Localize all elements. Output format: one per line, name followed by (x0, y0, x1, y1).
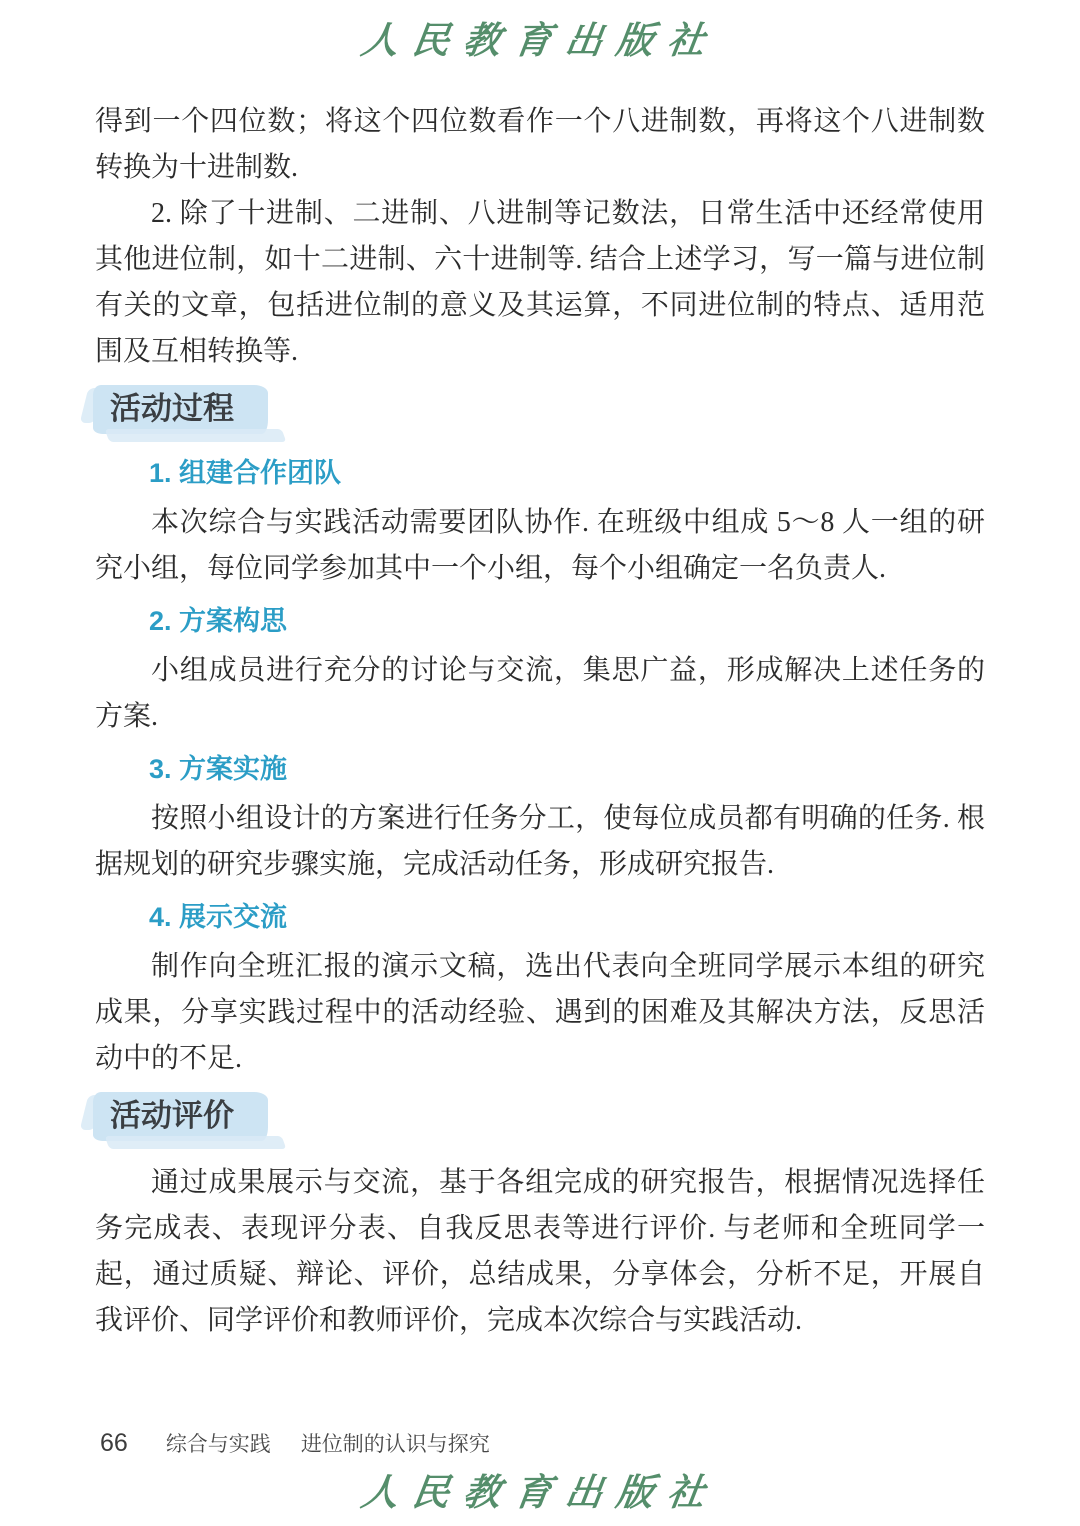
publisher-logo-header: 人民教育出版社 (0, 10, 1080, 64)
process-title: 活动过程 (110, 391, 234, 426)
evaluation-title-highlight: 活动评价 (93, 1092, 268, 1141)
footer-section-label: 综合与实践 (166, 1428, 271, 1458)
step-text-1: 本次综合与实践活动需要团队协作. 在班级中组成 5～8 人一组的研究小组，每位同… (95, 500, 985, 592)
evaluation-text: 通过成果展示与交流，基于各组完成的研究报告，根据情况选择任务完成表、表现评分表、… (95, 1160, 985, 1344)
step-heading-3: 3. 方案实施 (95, 749, 985, 789)
step-heading-2: 2. 方案构思 (95, 601, 985, 641)
textbook-page: 人民教育出版社 得到一个四位数；将这个四位数看作一个八进制数，再将这个八进制数转… (0, 0, 1080, 1526)
process-title-highlight: 活动过程 (93, 385, 268, 434)
publisher-logo-text: 人民教育出版社 (358, 10, 723, 64)
section-header-process: 活动过程 (93, 385, 985, 443)
step-text-3: 按照小组设计的方案进行任务分工，使每位成员都有明确的任务. 根据规划的研究步骤实… (95, 796, 985, 888)
step-text-4: 制作向全班汇报的演示文稿，选出代表向全班同学展示本组的研究成果，分享实践过程中的… (95, 944, 985, 1082)
footer-chapter-title: 进位制的认识与探究 (301, 1428, 490, 1458)
step-heading-4: 4. 展示交流 (95, 897, 985, 937)
page-footer: 66 综合与实践 进位制的认识与探究 (100, 1428, 490, 1458)
step-heading-1: 1. 组建合作团队 (95, 453, 985, 493)
intro-paragraph-continuation: 得到一个四位数；将这个四位数看作一个八进制数，再将这个八进制数转换为十进制数. (95, 99, 985, 191)
page-content: 得到一个四位数；将这个四位数看作一个八进制数，再将这个八进制数转换为十进制数. … (95, 99, 985, 1344)
publisher-logo-text-bottom: 人民教育出版社 (358, 1462, 723, 1516)
page-number: 66 (100, 1429, 128, 1458)
publisher-logo-footer: 人民教育出版社 (0, 1462, 1080, 1516)
section-header-evaluation: 活动评价 (93, 1092, 985, 1150)
intro-paragraph-task2: 2. 除了十进制、二进制、八进制等记数法，日常生活中还经常使用其他进位制，如十二… (95, 191, 985, 375)
step-text-2: 小组成员进行充分的讨论与交流，集思广益，形成解决上述任务的方案. (95, 648, 985, 740)
evaluation-title: 活动评价 (110, 1098, 234, 1133)
